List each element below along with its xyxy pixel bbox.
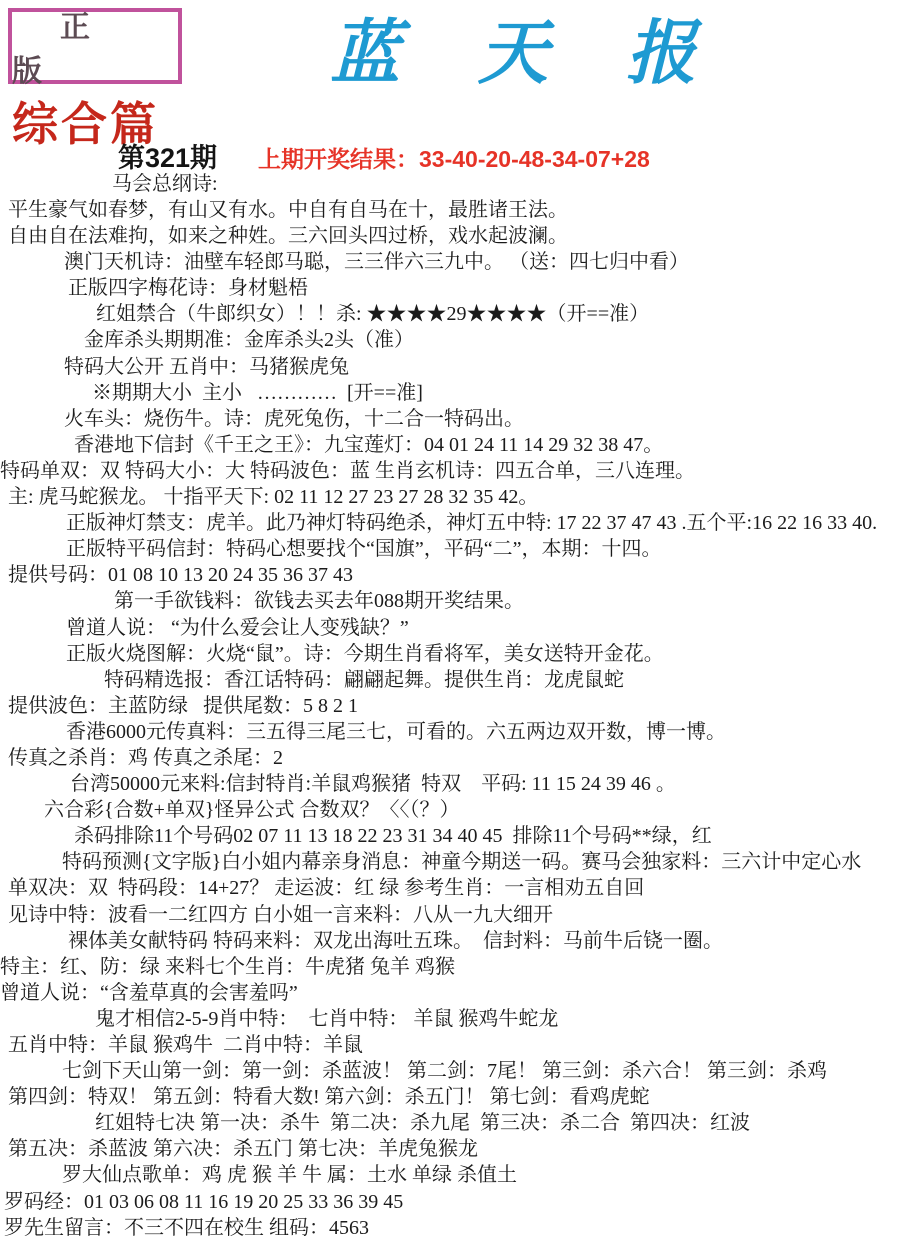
- newspaper-page: 正版 蓝天报 综合篇 第321期 上期开奖结果：33-40-20-48-34-0…: [0, 0, 900, 1243]
- text-line: ※期期大小 主小 ………… [开==准]: [0, 380, 900, 406]
- text-line: 特码精选报：香江话特码：翩翩起舞。提供生肖：龙虎鼠蛇: [0, 667, 900, 693]
- text-line: 鬼才相信2-5-9肖中特： 七肖中特： 羊鼠 猴鸡牛蛇龙: [0, 1006, 900, 1032]
- body-lines: 平生豪气如春梦，有山又有水。中自有自马在十，最胜诸王法。自由自在法难拘，如来之种…: [0, 197, 900, 1241]
- text-line: 特码预测{文字版}白小姐内幕亲身消息：神童今期送一码。赛马会独家料：三六计中定心…: [0, 849, 900, 875]
- text-line: 自由自在法难拘，如来之种姓。三六回头四过桥，戏水起波澜。: [0, 223, 900, 249]
- text-line: 红姐特七决 第一决：杀牛 第二决：杀九尾 第三决：杀二合 第四决：红波: [0, 1110, 900, 1136]
- text-line: 香港地下信封《千王之王》：九宝莲灯：04 01 24 11 14 29 32 3…: [0, 432, 900, 458]
- page-title: 蓝天报: [330, 10, 774, 100]
- intro-label: 马会总纲诗:: [112, 167, 218, 196]
- text-line: 六合彩{合数+单双}怪异公式 合数双？〈〈（？）: [0, 797, 900, 823]
- text-line: 主: 虎马蛇猴龙。 十指平天下: 02 11 12 27 23 27 28 32…: [0, 484, 900, 510]
- text-line: 曾道人说： “为什么爱会让人变残缺？”: [0, 615, 900, 641]
- text-line: 正版特平码信封：特码心想要找个“国旗”，平码“二”，本期：十四。: [0, 536, 900, 562]
- text-line: 第四剑：特双！ 第五剑：特看大数! 第六剑：杀五门！ 第七剑：看鸡虎蛇: [0, 1084, 900, 1110]
- text-line: 香港6000元传真料：三五得三尾三七，可看的。六五两边双开数，博一博。: [0, 719, 900, 745]
- text-line: 台湾50000元来料:信封特肖:羊鼠鸡猴猪 特双 平码: 11 15 24 39…: [0, 771, 900, 797]
- text-line: 正版火烧图解：火烧“鼠”。诗：今期生肖看将军，美女送特开金花。: [0, 641, 900, 667]
- text-line: 平生豪气如春梦，有山又有水。中自有自马在十，最胜诸王法。: [0, 197, 900, 223]
- text-line: 裸体美女献特码 特码来料：双龙出海吐五珠。 信封料：马前牛后铙一圈。: [0, 928, 900, 954]
- text-line: 第一手欲钱料：欲钱去买去年088期开奖结果。: [0, 588, 900, 614]
- text-line: 金库杀头期期准：金库杀头2头（准）: [0, 327, 900, 353]
- text-line: 罗大仙点歌单：鸡 虎 猴 羊 牛 属：土水 单绿 杀值土: [0, 1162, 900, 1188]
- text-line: 澳门天机诗：油壁车轻郎马聪，三三伴六三九中。 （送：四七归中看）: [0, 249, 900, 275]
- text-line: 见诗中特：波看一二红四方 白小姐一言来料：八从一九大细开: [0, 902, 900, 928]
- text-line: 七剑下天山第一剑：第一剑：杀蓝波！ 第二剑：7尾！ 第三剑：杀六合！ 第三剑：杀…: [0, 1058, 900, 1084]
- text-line: 特码大公开 五肖中：马猪猴虎兔: [0, 354, 900, 380]
- text-line: 提供号码：01 08 10 13 20 24 35 36 37 43: [0, 562, 900, 588]
- text-line: 提供波色：主蓝防绿 提供尾数：5 8 2 1: [0, 693, 900, 719]
- text-line: 罗先生留言：不三不四在校生 组码：4563: [0, 1215, 900, 1241]
- text-line: 单双决：双 特码段：14+27？ 走运波：红 绿 参考生肖：一言相劝五自回: [0, 875, 900, 901]
- text-line: 第五决：杀蓝波 第六决：杀五门 第七决：羊虎兔猴龙: [0, 1136, 900, 1162]
- edition-badge: 正版: [8, 8, 182, 84]
- text-line: 正版神灯禁支：虎羊。此乃神灯特码绝杀，神灯五中特: 17 22 37 47 43…: [0, 510, 900, 536]
- text-line: 传真之杀肖：鸡 传真之杀尾：2: [0, 745, 900, 771]
- text-line: 特码单双：双 特码大小：大 特码波色：蓝 生肖玄机诗：四五合单，三八连理。: [0, 458, 900, 484]
- last-draw-result: 上期开奖结果：33-40-20-48-34-07+28: [258, 141, 650, 174]
- text-line: 特主：红、防：绿 来料七个生肖：牛虎猪 兔羊 鸡猴: [0, 954, 900, 980]
- text-line: 正版四字梅花诗：身材魁梧: [0, 275, 900, 301]
- edition-label: 正版: [12, 2, 178, 90]
- text-line: 红姐禁合（牛郎织女）！！杀: ★★★★29★★★★（开==准）: [0, 301, 900, 327]
- text-line: 曾道人说：“含羞草真的会害羞吗”: [0, 980, 900, 1006]
- text-line: 火车头：烧伤牛。诗：虎死兔伤，十二合一特码出。: [0, 406, 900, 432]
- text-line: 杀码排除11个号码02 07 11 13 18 22 23 31 34 40 4…: [0, 823, 900, 849]
- text-line: 罗码经：01 03 06 08 11 16 19 20 25 33 36 39 …: [0, 1189, 900, 1215]
- text-line: 五肖中特：羊鼠 猴鸡牛 二肖中特：羊鼠: [0, 1032, 900, 1058]
